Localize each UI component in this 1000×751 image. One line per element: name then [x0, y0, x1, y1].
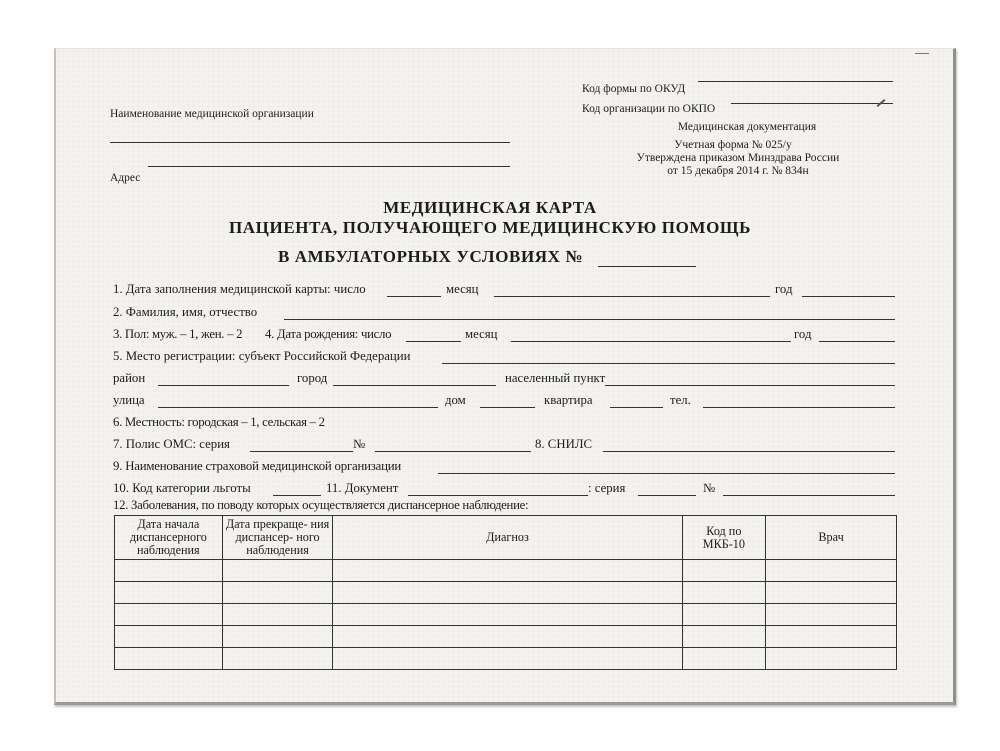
col-icd10: Код по МКБ-10: [682, 516, 766, 560]
table-row: [115, 626, 897, 648]
oms-number-field[interactable]: [375, 451, 531, 452]
benefit-code-field[interactable]: [273, 495, 321, 496]
sex-label: 3. Пол: муж. – 1, жен. – 2: [113, 327, 242, 342]
end-date-cell[interactable]: [222, 582, 333, 604]
snils-field[interactable]: [603, 451, 895, 452]
form-number: Учетная форма № 025/у: [573, 139, 893, 151]
diagnosis-cell[interactable]: [333, 626, 682, 648]
dispensary-label: 12. Заболевания, по поводу которых осуще…: [113, 498, 528, 513]
icd10-cell[interactable]: [682, 648, 766, 670]
doctor-cell[interactable]: [766, 604, 897, 626]
insurer-label: 9. Наименование страховой медицинской ор…: [113, 459, 401, 474]
org-name-label: Наименование медицинской организации: [110, 108, 314, 120]
city-label: город: [297, 371, 327, 386]
start-date-cell[interactable]: [115, 604, 223, 626]
icd10-cell[interactable]: [682, 604, 766, 626]
field-row-district: район город населенный пункт: [113, 371, 897, 391]
diagnosis-cell[interactable]: [333, 604, 682, 626]
end-date-cell[interactable]: [222, 604, 333, 626]
district-label: район: [113, 371, 145, 386]
birth-date-label: 4. Дата рождения: число: [265, 327, 391, 342]
birth-date-month-label: месяц: [465, 327, 498, 342]
table-row: [115, 648, 897, 670]
field-row-2: 2. Фамилия, имя, отчество: [113, 305, 897, 325]
fill-date-year-label: год: [775, 282, 792, 297]
table-row: [115, 560, 897, 582]
start-date-cell[interactable]: [115, 560, 223, 582]
col-end-date: Дата прекраще- ния диспансер- ного наблю…: [222, 516, 333, 560]
col-doctor: Врач: [766, 516, 897, 560]
registration-region-field[interactable]: [442, 363, 895, 364]
field-row-7: 7. Полис ОМС: серия № 8. СНИЛС: [113, 437, 897, 457]
document-label: 11. Документ: [326, 481, 398, 496]
address-field[interactable]: [148, 166, 510, 167]
street-field[interactable]: [158, 407, 438, 408]
paper-mark: [915, 53, 929, 54]
phone-label: тел.: [670, 393, 691, 408]
col-diagnosis: Диагноз: [333, 516, 682, 560]
field-row-1: 1. Дата заполнения медицинской карты: чи…: [113, 282, 897, 302]
table-row: [115, 582, 897, 604]
field-row-6: 6. Местность: городская – 1, сельская – …: [113, 415, 897, 435]
title-line-2: ПАЦИЕНТА, ПОЛУЧАЮЩЕГО МЕДИЦИНСКУЮ ПОМОЩЬ: [200, 218, 780, 238]
street-label: улица: [113, 393, 145, 408]
address-label: Адрес: [110, 172, 140, 184]
okpo-field[interactable]: [731, 103, 893, 104]
okud-label: Код формы по ОКУД: [582, 83, 685, 95]
apartment-field[interactable]: [610, 407, 663, 408]
field-row-9: 9. Наименование страховой медицинской ор…: [113, 459, 897, 479]
icd10-cell[interactable]: [682, 626, 766, 648]
diagnosis-cell[interactable]: [333, 582, 682, 604]
settlement-field[interactable]: [605, 385, 895, 386]
birth-date-month[interactable]: [511, 341, 791, 342]
oms-series-field[interactable]: [250, 451, 353, 452]
okpo-label: Код организации по ОКПО: [582, 103, 715, 115]
doc-type: Медицинская документация: [587, 121, 907, 133]
benefit-code-label: 10. Код категории льготы: [113, 481, 251, 496]
approved-date: от 15 декабря 2014 г. № 834н: [578, 165, 898, 177]
fill-date-day[interactable]: [387, 296, 441, 297]
insurer-field[interactable]: [438, 473, 895, 474]
icd10-cell[interactable]: [682, 582, 766, 604]
oms-number-label: №: [353, 437, 365, 452]
diagnosis-cell[interactable]: [333, 648, 682, 670]
col-start-date: Дата начала диспансерного наблюдения: [115, 516, 223, 560]
locality-label: 6. Местность: городская – 1, сельская – …: [113, 415, 325, 430]
birth-date-year-label: год: [794, 327, 811, 342]
okud-field[interactable]: [698, 81, 893, 82]
doctor-cell[interactable]: [766, 560, 897, 582]
house-label: дом: [445, 393, 466, 408]
registration-label: 5. Место регистрации: субъект Российской…: [113, 349, 410, 364]
start-date-cell[interactable]: [115, 582, 223, 604]
start-date-cell[interactable]: [115, 648, 223, 670]
full-name-field[interactable]: [284, 319, 895, 320]
document-number-field[interactable]: [723, 495, 895, 496]
snils-label: 8. СНИЛС: [535, 437, 592, 452]
table-row: [115, 604, 897, 626]
end-date-cell[interactable]: [222, 648, 333, 670]
oms-policy-label: 7. Полис ОМС: серия: [113, 437, 230, 452]
approved-by: Утверждена приказом Минздрава России: [578, 152, 898, 164]
fill-date-year[interactable]: [802, 296, 895, 297]
doctor-cell[interactable]: [766, 626, 897, 648]
diagnosis-cell[interactable]: [333, 560, 682, 582]
org-name-field[interactable]: [110, 142, 510, 143]
fill-date-month-label: месяц: [446, 282, 479, 297]
phone-field[interactable]: [703, 407, 895, 408]
fill-date-month[interactable]: [494, 296, 770, 297]
end-date-cell[interactable]: [222, 560, 333, 582]
document-number-label: №: [703, 481, 715, 496]
title-line-1: МЕДИЦИНСКАЯ КАРТА: [230, 198, 750, 218]
end-date-cell[interactable]: [222, 626, 333, 648]
birth-date-day[interactable]: [406, 341, 461, 342]
document-series-label: : серия: [588, 481, 625, 496]
city-field[interactable]: [333, 385, 496, 386]
fill-date-label: 1. Дата заполнения медицинской карты: чи…: [113, 282, 366, 297]
doctor-cell[interactable]: [766, 582, 897, 604]
start-date-cell[interactable]: [115, 626, 223, 648]
field-row-3: 3. Пол: муж. – 1, жен. – 2 4. Дата рожде…: [113, 327, 897, 347]
apartment-label: квартира: [544, 393, 593, 408]
district-field[interactable]: [158, 385, 289, 386]
table-header-row: Дата начала диспансерного наблюдения Дат…: [115, 516, 897, 560]
icd10-cell[interactable]: [682, 560, 766, 582]
document-field[interactable]: [408, 495, 588, 496]
dispensary-table: Дата начала диспансерного наблюдения Дат…: [114, 515, 897, 670]
settlement-label: населенный пункт: [505, 371, 605, 386]
doctor-cell[interactable]: [766, 648, 897, 670]
card-number-field[interactable]: [598, 266, 696, 267]
house-field[interactable]: [480, 407, 535, 408]
full-name-label: 2. Фамилия, имя, отчество: [113, 305, 257, 320]
birth-date-year[interactable]: [819, 341, 895, 342]
document-series-field[interactable]: [638, 495, 696, 496]
field-row-5: 5. Место регистрации: субъект Российской…: [113, 349, 897, 369]
title-line-3: В АМБУЛАТОРНЫХ УСЛОВИЯХ №: [278, 247, 583, 267]
field-row-street: улица дом квартира тел.: [113, 393, 897, 413]
